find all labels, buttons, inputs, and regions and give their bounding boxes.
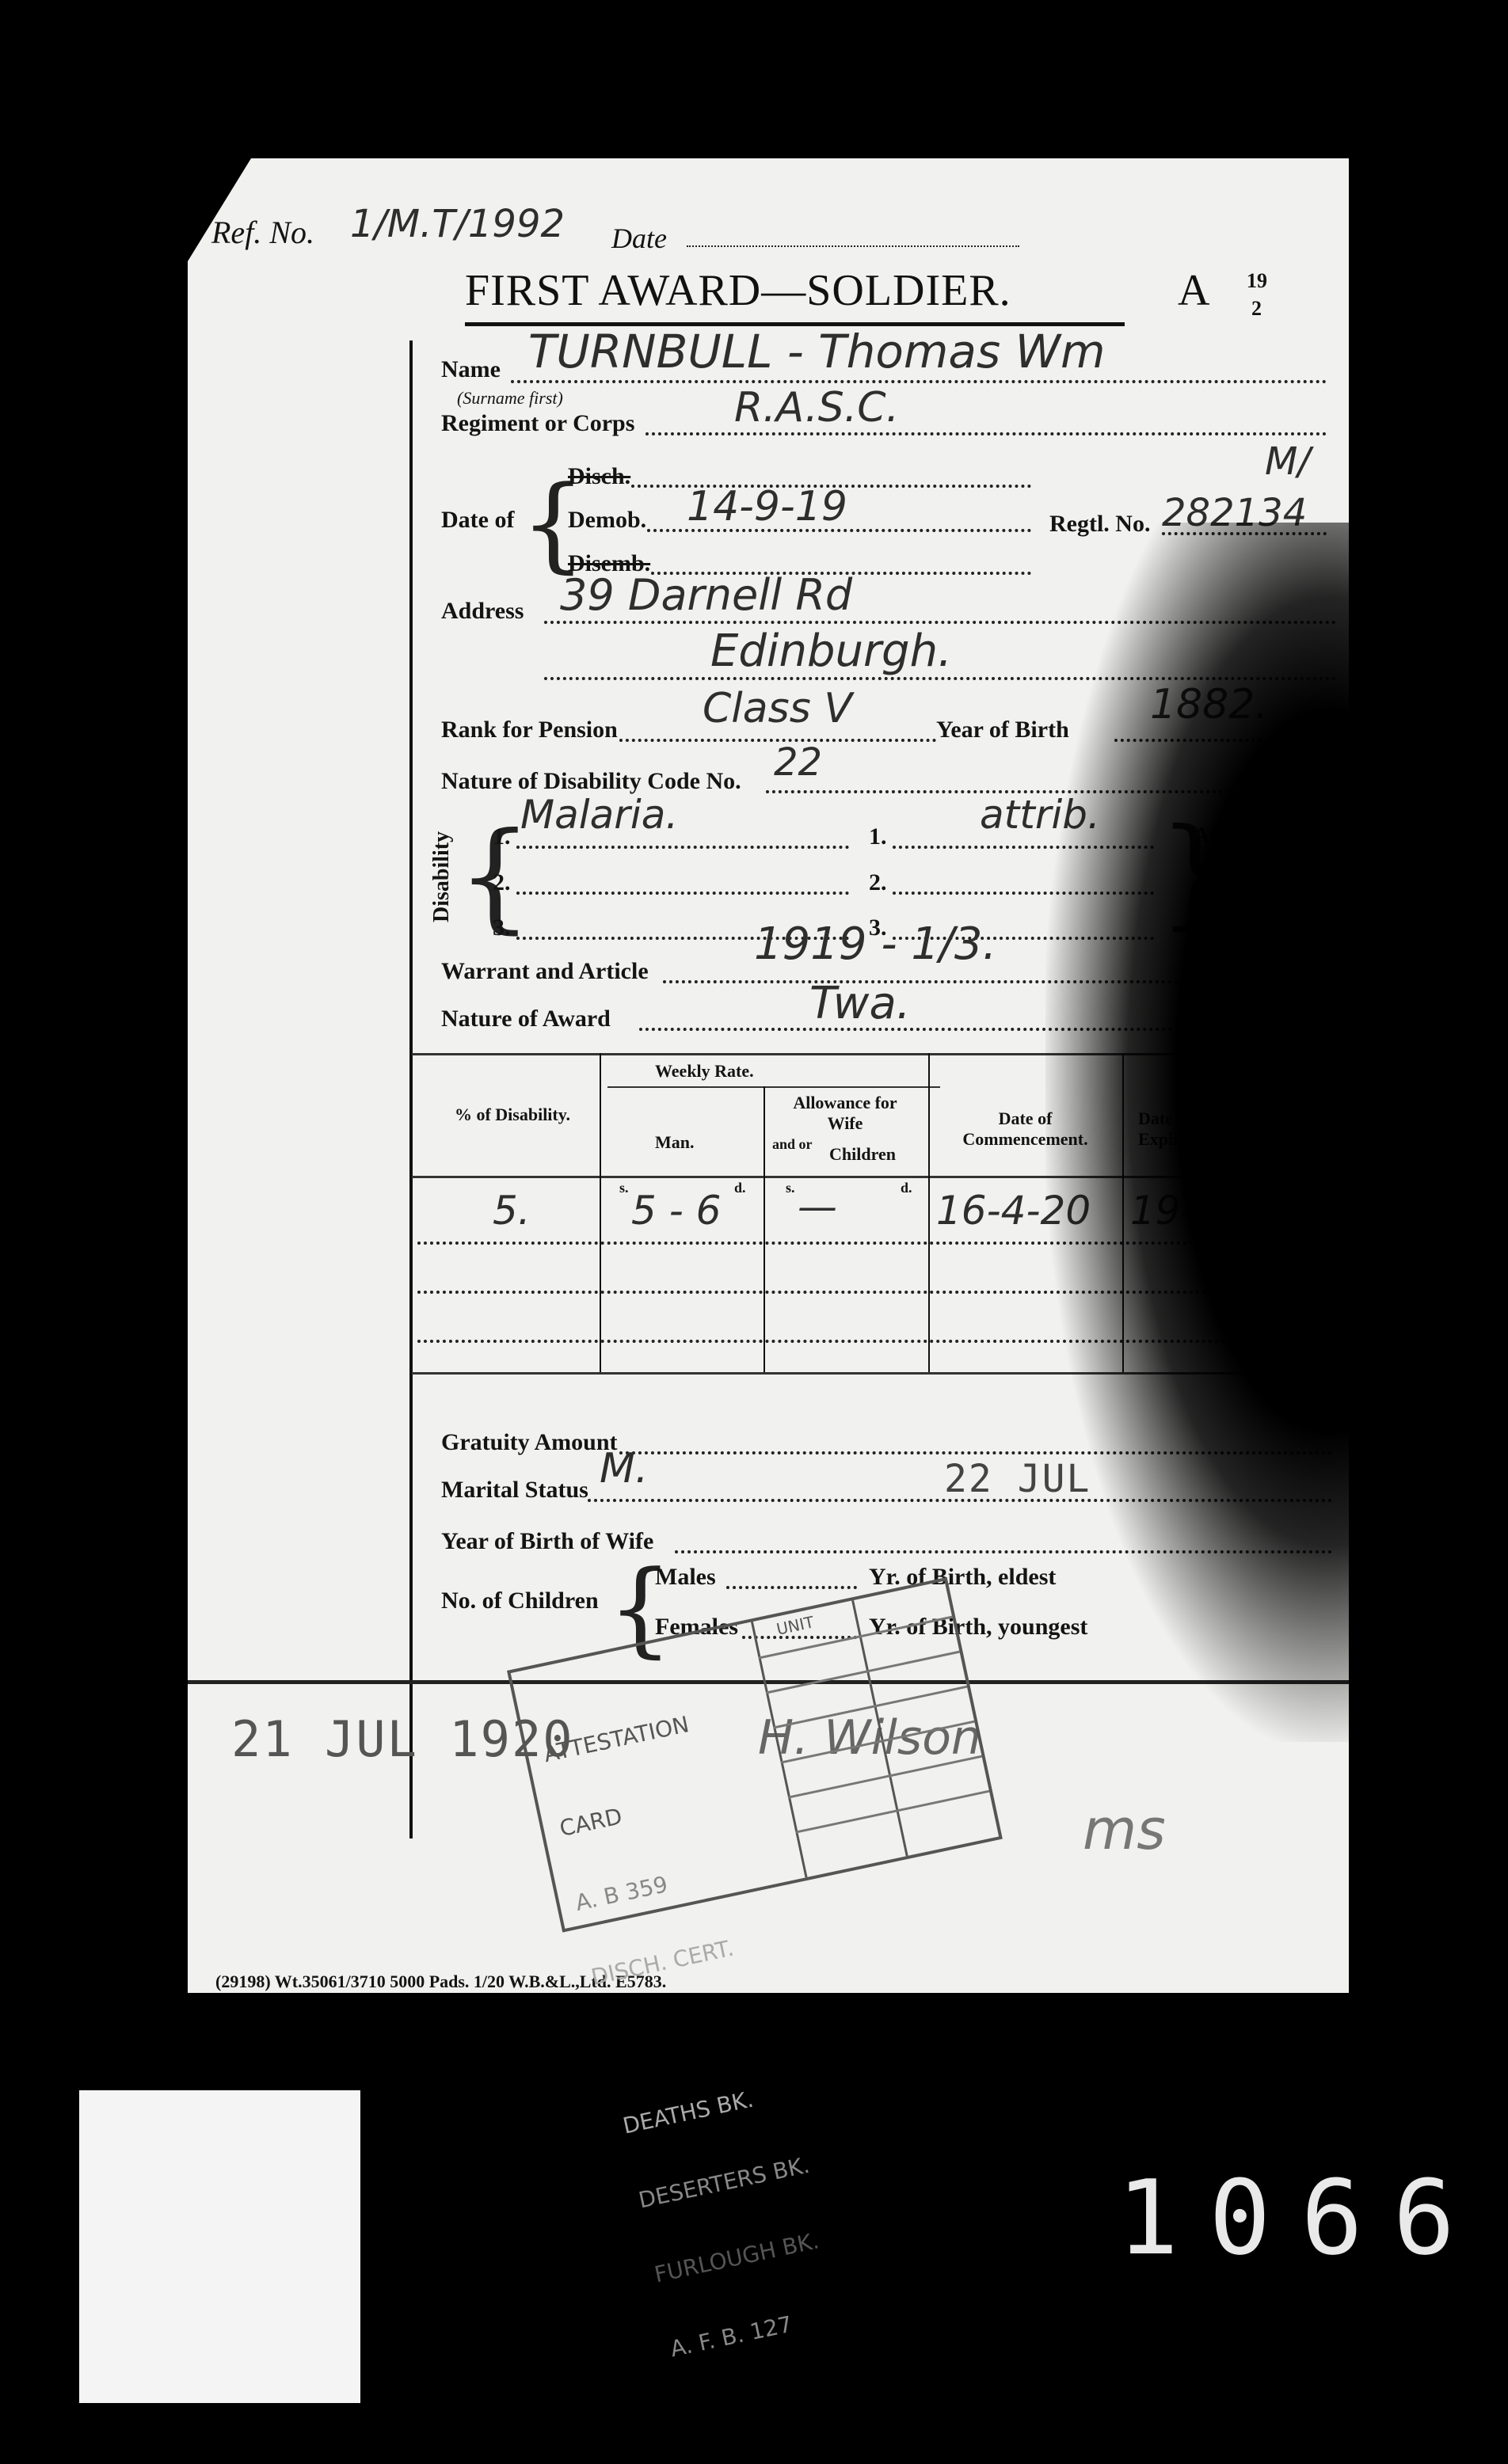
stamp-row-rule [780, 1721, 974, 1764]
stamp-line: FURLOUGH BK. [653, 2227, 828, 2288]
warrant-label: Warrant and Article [441, 958, 649, 985]
demob-value: 14-9-19 [687, 483, 847, 530]
stamp-line: A. B 359 [573, 1855, 748, 1916]
yob-line [1114, 739, 1336, 742]
unit-s: s. [619, 1180, 629, 1196]
yob-value: 1882. [1150, 681, 1268, 728]
weekly-rule [607, 1086, 940, 1088]
table-row-line [417, 1242, 1289, 1245]
form-code-den: 2 [1251, 297, 1262, 321]
cause-aggrav: Aggrav. [1194, 869, 1268, 895]
rank-value: Class V [703, 685, 852, 732]
males-line [726, 1586, 857, 1589]
regiment-value: R.A.S.C. [734, 384, 899, 432]
code-value: 22 [774, 740, 822, 785]
col-header-commence: Date of Commencement. [936, 1108, 1114, 1150]
address-value-1: 39 Darnell Rd [560, 570, 852, 620]
table-row-line [417, 1340, 1289, 1343]
film-leader-tab [79, 2090, 360, 2403]
stamp-line: A. F. B. 127 [668, 2301, 843, 2362]
col-header-pct: % of Disability. [449, 1105, 576, 1125]
col-rule [928, 1053, 930, 1372]
address-line-1 [544, 621, 1336, 624]
row-num: 3. [493, 914, 511, 941]
stamp-line: CARD [558, 1781, 733, 1842]
cause-non-attrib: Non-attrib. [1194, 914, 1300, 940]
regtl-label: Regtl. No. [1049, 511, 1150, 538]
marital-date-stamp: 22 JUL [944, 1457, 1091, 1501]
cell-expiry: 19- [1130, 1188, 1195, 1234]
stamp-lines: ATTESTATION CARD A. B 359 DISCH. CERT. D… [531, 1657, 855, 2412]
stamp-unit-header: UNIT [775, 1612, 816, 1638]
form-code-num: 19 [1247, 269, 1267, 293]
row-line [516, 846, 849, 849]
award-value: Twa. [809, 978, 911, 1029]
cell-allowance: — [798, 1184, 837, 1230]
form-title: FIRST AWARD—SOLDIER. [465, 265, 1011, 316]
marital-value: M. [600, 1445, 648, 1492]
stamp-col-rule [751, 1622, 808, 1877]
disability-label: Disability [429, 831, 455, 922]
frame-counter: 1066 [1117, 2158, 1485, 2278]
stamp-row-rule [788, 1755, 982, 1799]
row-num: 1. [493, 823, 511, 850]
stamp-line: ATTESTATION [542, 1706, 717, 1767]
cause-attrib: Attrib. [1194, 823, 1259, 849]
children-label: No. of Children [441, 1588, 599, 1614]
margin-line [409, 340, 413, 1838]
row-line [516, 892, 849, 895]
regtl-prefix: M/ [1265, 439, 1311, 484]
col-header-and-or: and or [772, 1136, 813, 1153]
name-line [511, 380, 1327, 383]
unit-d-2: d. [901, 1180, 912, 1196]
ref-value: 1/M.T/1992 [350, 202, 565, 246]
unit-s-2: s. [786, 1180, 795, 1196]
stamp-row-rule [795, 1790, 989, 1834]
stamp-row-rule [766, 1651, 960, 1694]
col-rule [600, 1053, 601, 1372]
row-num-2: 2. [869, 869, 887, 896]
gratuity-line [619, 1451, 1332, 1454]
address-value-2: Edinburgh. [710, 626, 952, 677]
regtl-value: 282134 [1162, 491, 1307, 535]
award-line [639, 1028, 1336, 1031]
stamp-line [605, 2004, 780, 2065]
col-header-expiry: Date of Expiry [1138, 1108, 1233, 1150]
name-value: TURNBULL - Thomas Wm [528, 325, 1105, 378]
rank-label: Rank for Pension [441, 717, 618, 743]
yob-label: Year of Birth [936, 717, 1069, 743]
wife-yob-line [675, 1550, 1332, 1553]
row-num: 2. [493, 869, 511, 896]
date-of-label: Date of [441, 507, 514, 534]
marital-label: Marital Status [441, 1477, 588, 1504]
disability-desc: Malaria. [520, 792, 678, 838]
col-header-weekly: Weekly Rate. [655, 1061, 754, 1082]
table-bottom-rule [412, 1372, 1346, 1375]
form-code: A [1178, 265, 1210, 316]
disability-cause: attrib. [980, 792, 1100, 838]
demob-label: Demob. [568, 507, 646, 534]
cell-commence: 16-4-20 [936, 1188, 1091, 1234]
regiment-label: Regiment or Corps [441, 410, 634, 437]
gratuity-label: Gratuity Amount [441, 1429, 618, 1456]
date-field [687, 245, 1019, 247]
disch-label: Disch. [568, 463, 630, 490]
row-num-2: 1. [869, 823, 887, 850]
name-label: Name [441, 356, 501, 383]
col-header-children: Children [829, 1144, 896, 1165]
unit-d: d. [734, 1180, 746, 1196]
stamp-line: DESERTERS BK. [637, 2153, 812, 2214]
name-hint: (Surname first) [457, 388, 563, 409]
table-header-rule [412, 1176, 1346, 1178]
regiment-line [645, 432, 1327, 435]
row-line-2 [893, 892, 1154, 895]
ref-label: Ref. No. [211, 214, 314, 251]
date-label: Date [611, 222, 667, 255]
address-line-2 [544, 677, 1336, 680]
col-header-allowance: Allowance for Wife [774, 1093, 916, 1134]
males-label: Males [655, 1564, 716, 1591]
stamp-row-rule [773, 1686, 967, 1729]
stamp-line: DISCH. CERT. [589, 1930, 764, 1991]
eldest-label: Yr. of Birth, eldest [869, 1564, 1056, 1591]
cell-pct: 5. [493, 1188, 531, 1234]
initials: ms [1083, 1797, 1166, 1862]
col-header-man: Man. [655, 1132, 695, 1153]
row-line-2 [893, 846, 1154, 849]
col-rule [764, 1086, 765, 1372]
table-row-line [417, 1291, 1289, 1294]
cell-man: 5 - 6 [631, 1188, 721, 1234]
table-top-rule [412, 1053, 1346, 1055]
address-label: Address [441, 598, 524, 625]
warrant-line [663, 980, 1336, 983]
col-rule [1122, 1053, 1124, 1372]
warrant-value: 1919 - 1/3. [754, 918, 996, 970]
award-label: Nature of Award [441, 1006, 611, 1032]
code-label: Nature of Disability Code No. [441, 768, 741, 795]
stamp-line: DEATHS BK. [621, 2078, 796, 2139]
